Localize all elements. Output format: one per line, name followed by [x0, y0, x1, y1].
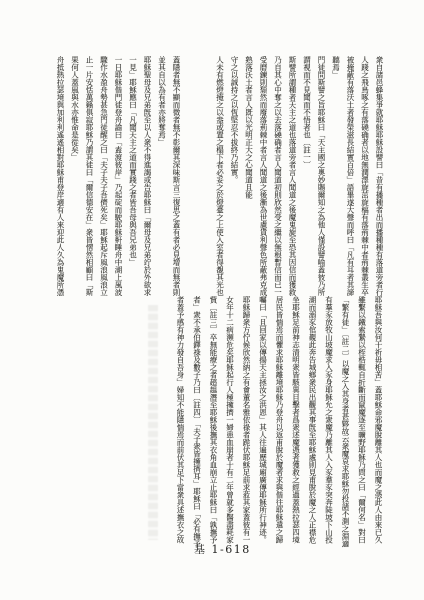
bleed-through-artifact	[148, 305, 158, 540]
page-number: 基 1-618	[194, 541, 251, 557]
lower-page-text-block: 耶穌吾與汝何干祈毋相苦」蓋耶穌命邪魔脫離其人也而魔之憑此人由來已久雖繫以鐵索縶以…	[164, 296, 386, 548]
upper-page-text-block: 衆自諸邑蜂集爭就耶穌耶穌設譬曰「昔有播種者出而播種種有落道旁者行人踐之飛鳥啄之有…	[52, 56, 386, 296]
scanned-book-page: 衆自諸邑蜂集爭就耶穌耶穌設譬曰「昔有播種者出而播種種有落道旁者行人踐之飛鳥啄之有…	[0, 0, 424, 600]
